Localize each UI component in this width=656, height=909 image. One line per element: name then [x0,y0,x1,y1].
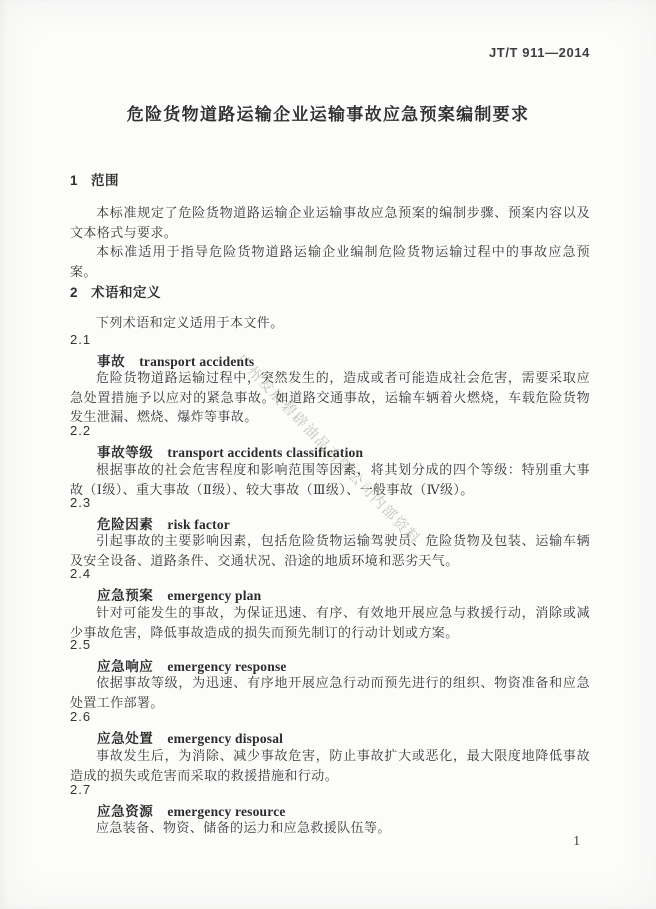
term-2-3-heading: 危险因素risk factor [70,513,617,533]
term-2-7-heading: 应急资源emergency resource [70,800,617,820]
section-1-heading: 1范围 [70,169,590,189]
page-content: 1范围 本标准规定了危险货物道路运输企业运输事故应急预案的编制步骤、预案内容以及… [70,0,590,909]
term-2-4-number: 2.4 [70,566,590,581]
term-zh-label: 事故 [97,354,125,369]
term-en-label: emergency plan [167,588,261,603]
term-2-5-number: 2.5 [70,637,590,652]
section-number: 1 [70,173,78,188]
term-2-4-heading: 应急预案emergency plan [70,584,617,604]
terms-intro: 下列术语和定义适用于本文件。 [70,313,590,333]
term-2-7-number: 2.7 [70,782,590,797]
term-2-2-heading: 事故等级transport accidents classification [70,441,617,461]
term-2-1-number: 2.1 [70,332,590,347]
term-en-label: transport accidents classification [167,445,363,460]
term-en-label: transport accidents [139,354,254,369]
term-en-label: emergency response [167,659,286,674]
document-page: JT/T 911—2014 危险货物道路运输企业运输事故应急预案编制要求 广州发… [0,0,656,909]
term-2-2-definition: 根据事故的社会危害程度和影响范围等因素，将其划分成的四个等级：特别重大事故（Ⅰ级… [70,460,590,499]
term-zh-label: 事故等级 [97,445,153,460]
term-zh-label: 应急预案 [97,588,153,603]
term-2-7-definition: 应急装备、物资、储备的运力和应急救援队伍等。 [70,818,590,838]
term-2-6-heading: 应急处置emergency disposal [70,727,617,747]
term-en-label: risk factor [167,517,230,532]
term-2-2-number: 2.2 [70,423,590,438]
term-en-label: emergency resource [167,804,285,819]
scope-paragraph-1: 本标准规定了危险货物道路运输企业运输事故应急预案的编制步骤、预案内容以及文本格式… [70,203,590,242]
term-2-1-heading: 事故transport accidents [70,350,617,370]
section-2-heading: 2术语和定义 [70,281,590,301]
term-zh-label: 危险因素 [97,517,153,532]
section-number: 2 [70,285,78,300]
term-zh-label: 应急处置 [97,731,153,746]
term-2-3-number: 2.3 [70,495,590,510]
term-en-label: emergency disposal [167,731,283,746]
term-2-5-definition: 依据事故等级，为迅速、有序地开展应急行动而预先进行的组织、物资准备和应急处置工作… [70,673,590,712]
scope-paragraph-2: 本标准适用于指导危险货物道路运输企业编制危险货物运输过程中的事故应急预案。 [70,242,590,281]
section-title: 范围 [91,173,119,188]
term-zh-label: 应急响应 [97,659,153,674]
term-2-1-definition: 危险货物道路运输过程中，突然发生的，造成或者可能造成社会危害，需要采取应急处置措… [70,368,590,427]
term-2-6-definition: 事故发生后，为消除、减少事故危害，防止事故扩大或恶化，最大限度地降低事故造成的损… [70,746,590,785]
term-2-5-heading: 应急响应emergency response [70,655,617,675]
term-2-3-definition: 引起事故的主要影响因素，包括危险货物运输驾驶员、危险货物及包装、运输车辆及安全设… [70,531,590,570]
section-title: 术语和定义 [91,285,161,300]
term-zh-label: 应急资源 [97,804,153,819]
term-2-6-number: 2.6 [70,709,590,724]
